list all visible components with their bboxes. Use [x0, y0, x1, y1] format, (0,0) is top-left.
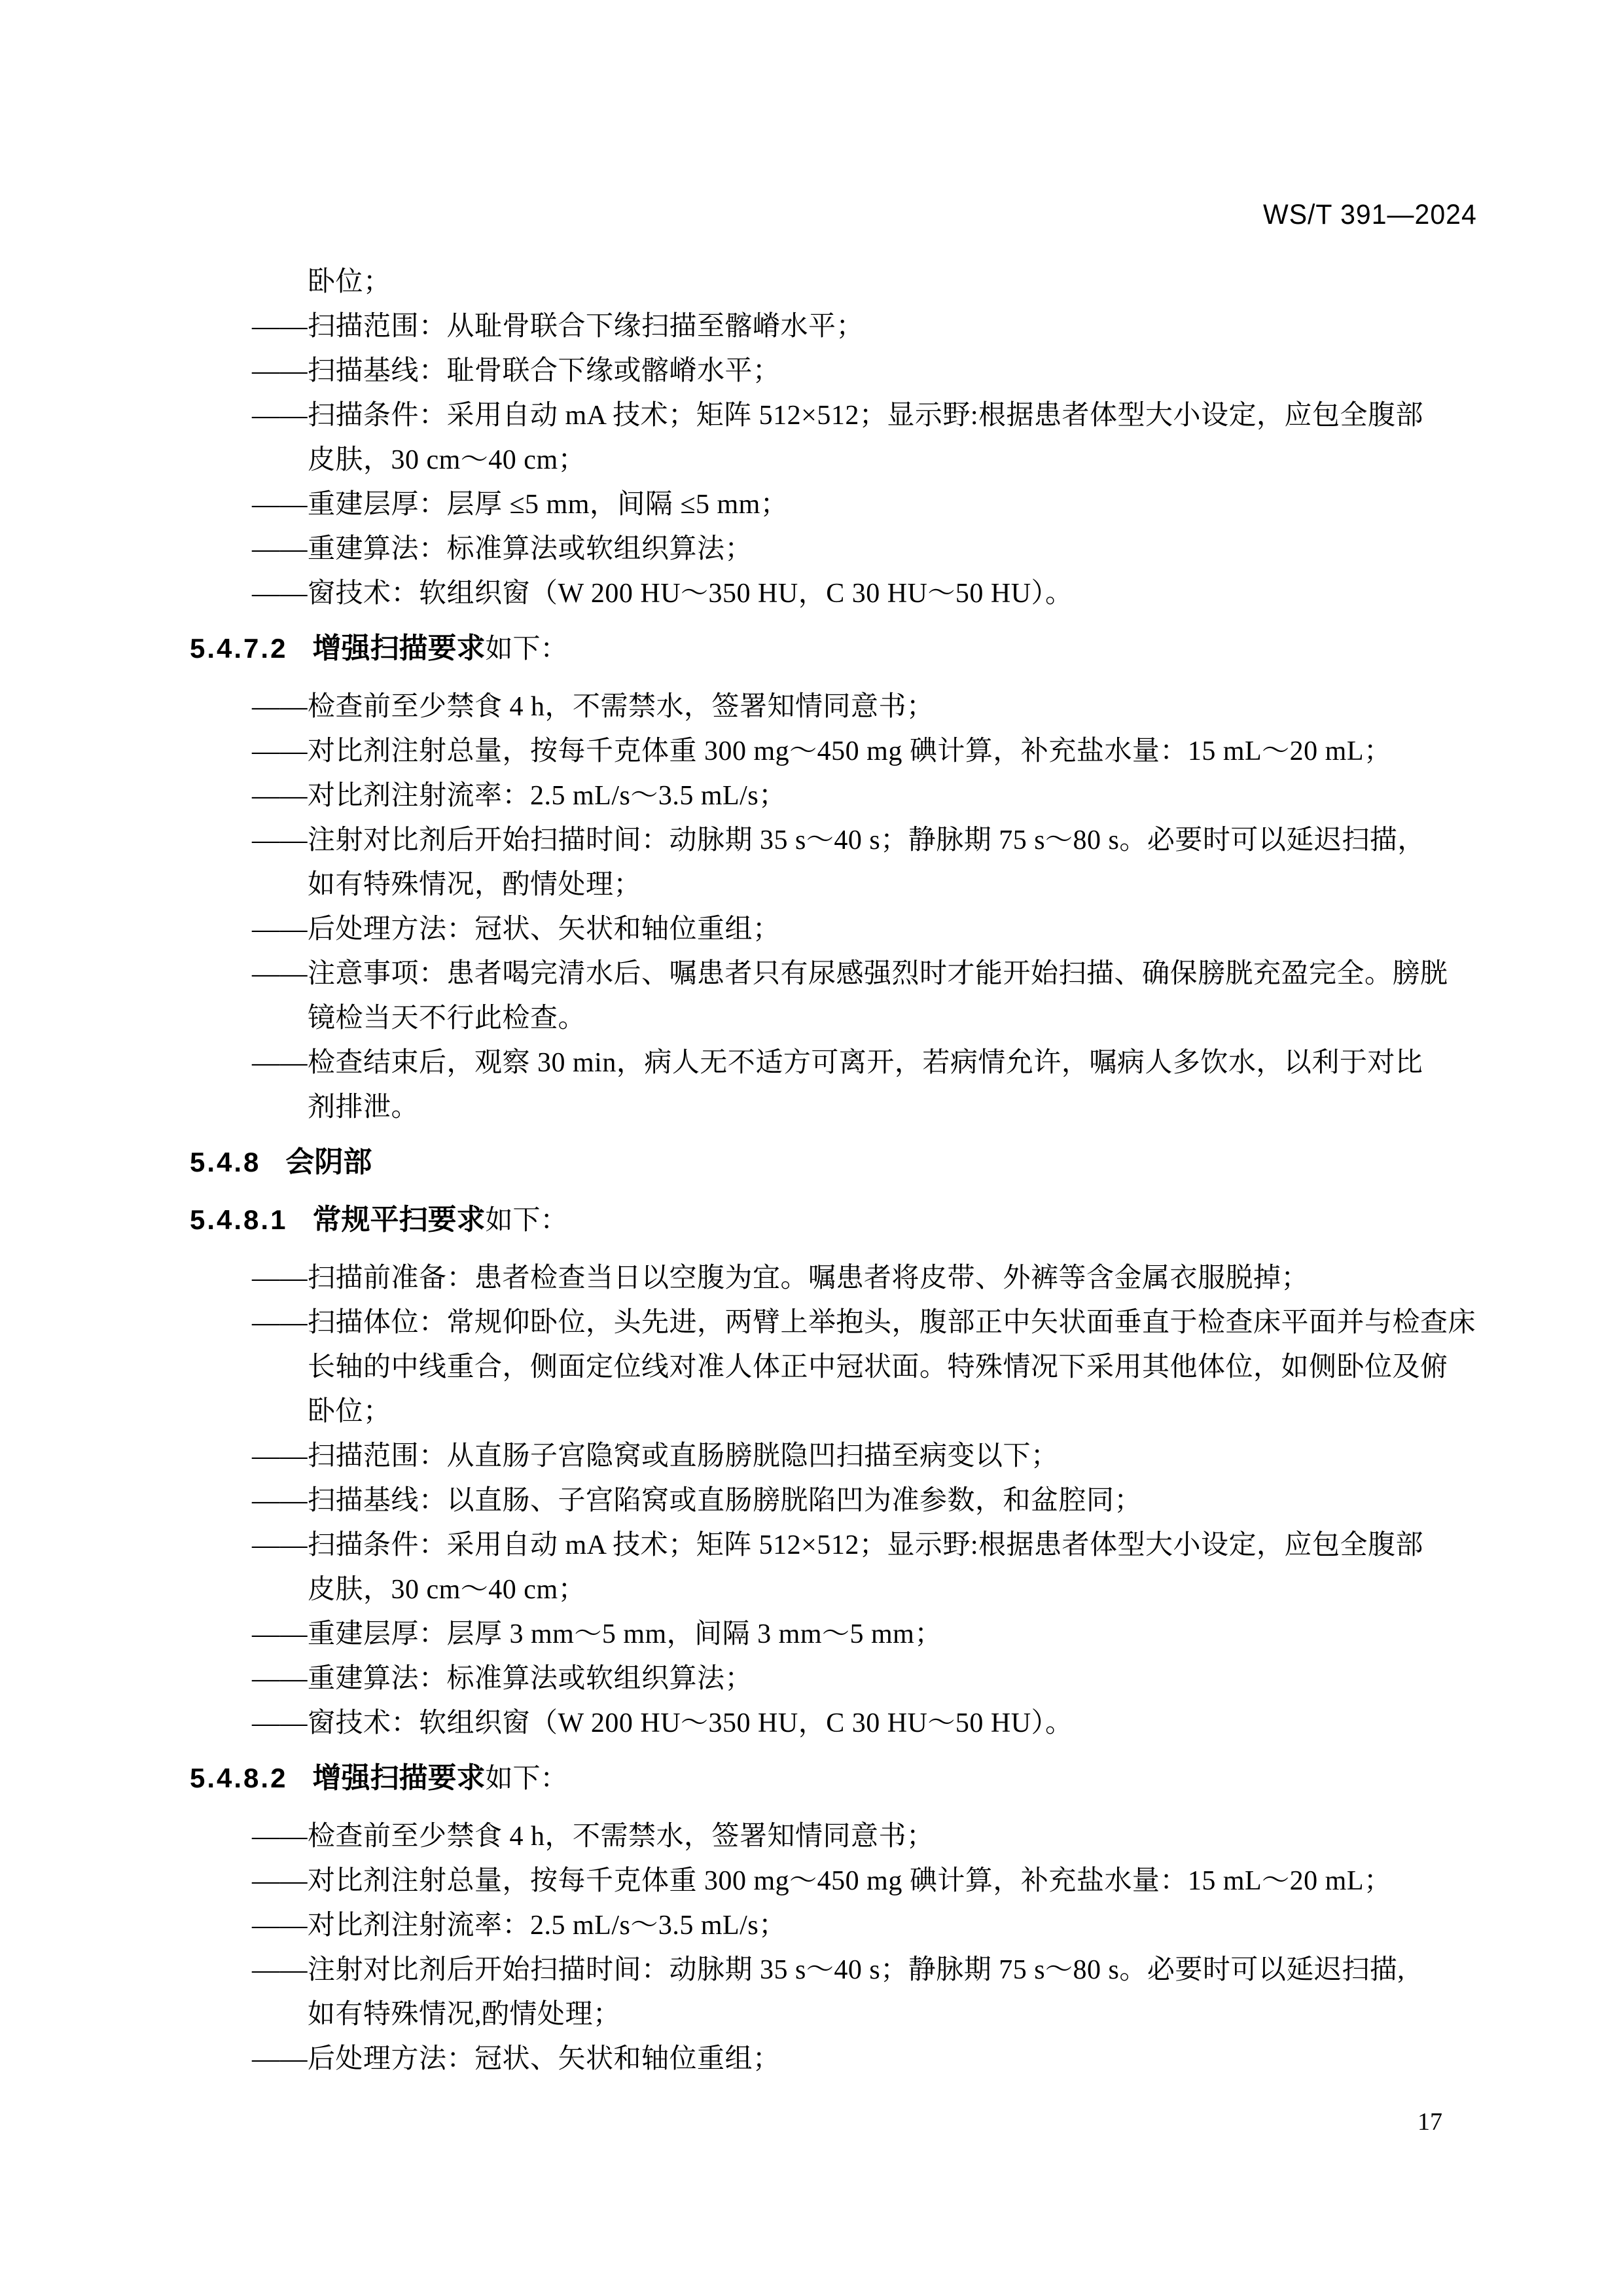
continuation-line: 皮肤，30 cm～40 cm； — [308, 1568, 1623, 1612]
list-item-line: ——窗技术：软组织窗（W 200 HU～350 HU，C 30 HU～50 HU… — [252, 1701, 1623, 1746]
heading-tail: 如下： — [485, 1206, 567, 1236]
heading-number: 5.4.7.2 — [190, 633, 287, 664]
list-item-line: ——检查前至少禁食 4 h，不需禁水，签署知情同意书； — [252, 685, 1623, 729]
list-item-line: ——窗技术：软组织窗（W 200 HU～350 HU，C 30 HU～50 HU… — [252, 571, 1623, 616]
heading-number: 5.4.8.2 — [190, 1763, 287, 1793]
list-item-line: ——检查前至少禁食 4 h，不需禁水，签署知情同意书； — [252, 1814, 1623, 1859]
list-item-line: ——扫描范围：从直肠子宫隐窝或直肠膀胱隐凹扫描至病变以下； — [252, 1434, 1623, 1479]
continuation-line: 长轴的中线重合，侧面定位线对准人体正中冠状面。特殊情况下采用其他体位，如侧卧位及… — [308, 1345, 1623, 1390]
continuation-line: 卧位； — [308, 1390, 1623, 1434]
list-item-line: ——扫描前准备：患者检查当日以空腹为宜。嘱患者将皮带、外裤等含金属衣服脱掉； — [252, 1256, 1623, 1300]
list-item-line: ——重建算法：标准算法或软组织算法； — [252, 527, 1623, 571]
heading-number: 5.4.8 — [190, 1147, 260, 1177]
list-item-line: ——后处理方法：冠状、矢状和轴位重组； — [252, 2037, 1623, 2081]
list-item-line: ——对比剂注射流率：2.5 mL/s～3.5 mL/s； — [252, 1903, 1623, 1948]
heading-title: 会阴部 — [285, 1146, 372, 1178]
list-item-line: ——重建算法：标准算法或软组织算法； — [252, 1657, 1623, 1701]
list-item-line: ——重建层厚：层厚 ≤5 mm，间隔 ≤5 mm； — [252, 482, 1623, 527]
continuation-line: 如有特殊情况，酌情处理； — [308, 863, 1623, 907]
list-item-line: ——重建层厚：层厚 3 mm～5 mm，间隔 3 mm～5 mm； — [252, 1612, 1623, 1657]
page-number: 17 — [1418, 2108, 1442, 2136]
list-item-line: ——扫描基线：耻骨联合下缘或髂嵴水平； — [252, 349, 1623, 393]
list-item-line: ——后处理方法：冠状、矢状和轴位重组； — [252, 907, 1623, 952]
list-item-line: ——注射对比剂后开始扫描时间：动脉期 35 s～40 s；静脉期 75 s～80… — [252, 818, 1623, 863]
heading-title: 增强扫描要求 — [312, 1762, 485, 1794]
list-item-line: ——扫描范围：从耻骨联合下缘扫描至髂嵴水平； — [252, 304, 1623, 349]
heading-title: 常规平扫要求 — [312, 1204, 485, 1236]
continuation-line: 镜检当天不行此检查。 — [308, 996, 1623, 1041]
section-heading: 5.4.8.1常规平扫要求如下： — [190, 1198, 1623, 1243]
section-heading: 5.4.8.2增强扫描要求如下： — [190, 1756, 1623, 1801]
list-item-line: ——检查结束后，观察 30 min，病人无不适方可离开，若病情允许，嘱病人多饮水… — [252, 1041, 1623, 1085]
section-heading: 5.4.7.2增强扫描要求如下： — [190, 626, 1623, 672]
list-item-line: ——对比剂注射总量，按每千克体重 300 mg～450 mg 碘计算，补充盐水量… — [252, 1859, 1623, 1903]
list-item-line: ——扫描体位：常规仰卧位，头先进，两臂上举抱头，腹部正中矢状面垂直于检查床平面并… — [252, 1300, 1623, 1345]
list-item-line: ——注射对比剂后开始扫描时间：动脉期 35 s～40 s；静脉期 75 s～80… — [252, 1948, 1623, 1992]
list-item-line: ——扫描条件：采用自动 mA 技术；矩阵 512×512；显示野:根据患者体型大… — [252, 1523, 1623, 1568]
document-page: WS/T 391—2024 卧位；——扫描范围：从耻骨联合下缘扫描至髂嵴水平；—… — [0, 0, 1623, 2296]
heading-title: 增强扫描要求 — [312, 632, 485, 664]
heading-number: 5.4.8.1 — [190, 1204, 287, 1235]
list-item-line: ——对比剂注射流率：2.5 mL/s～3.5 mL/s； — [252, 774, 1623, 818]
document-body: 卧位；——扫描范围：从耻骨联合下缘扫描至髂嵴水平；——扫描基线：耻骨联合下缘或髂… — [0, 260, 1623, 2081]
list-item-line: ——扫描基线：以直肠、子宫陷窝或直肠膀胱陷凹为准参数，和盆腔同； — [252, 1479, 1623, 1523]
continuation-line: 皮肤，30 cm～40 cm； — [308, 438, 1623, 482]
standard-code: WS/T 391—2024 — [1263, 198, 1486, 230]
heading-tail: 如下： — [485, 1764, 567, 1794]
list-item-line: ——对比剂注射总量，按每千克体重 300 mg～450 mg 碘计算，补充盐水量… — [252, 729, 1623, 774]
continuation-line: 如有特殊情况,酌情处理； — [308, 1992, 1623, 2037]
continuation-line: 卧位； — [308, 260, 1623, 304]
section-heading: 5.4.8会阴部 — [190, 1140, 1623, 1185]
heading-tail: 如下： — [485, 634, 567, 664]
continuation-line: 剂排泄。 — [308, 1085, 1623, 1130]
list-item-line: ——扫描条件：采用自动 mA 技术；矩阵 512×512；显示野:根据患者体型大… — [252, 393, 1623, 438]
list-item-line: ——注意事项：患者喝完清水后、嘱患者只有尿感强烈时才能开始扫描、确保膀胱充盈完全… — [252, 952, 1623, 996]
